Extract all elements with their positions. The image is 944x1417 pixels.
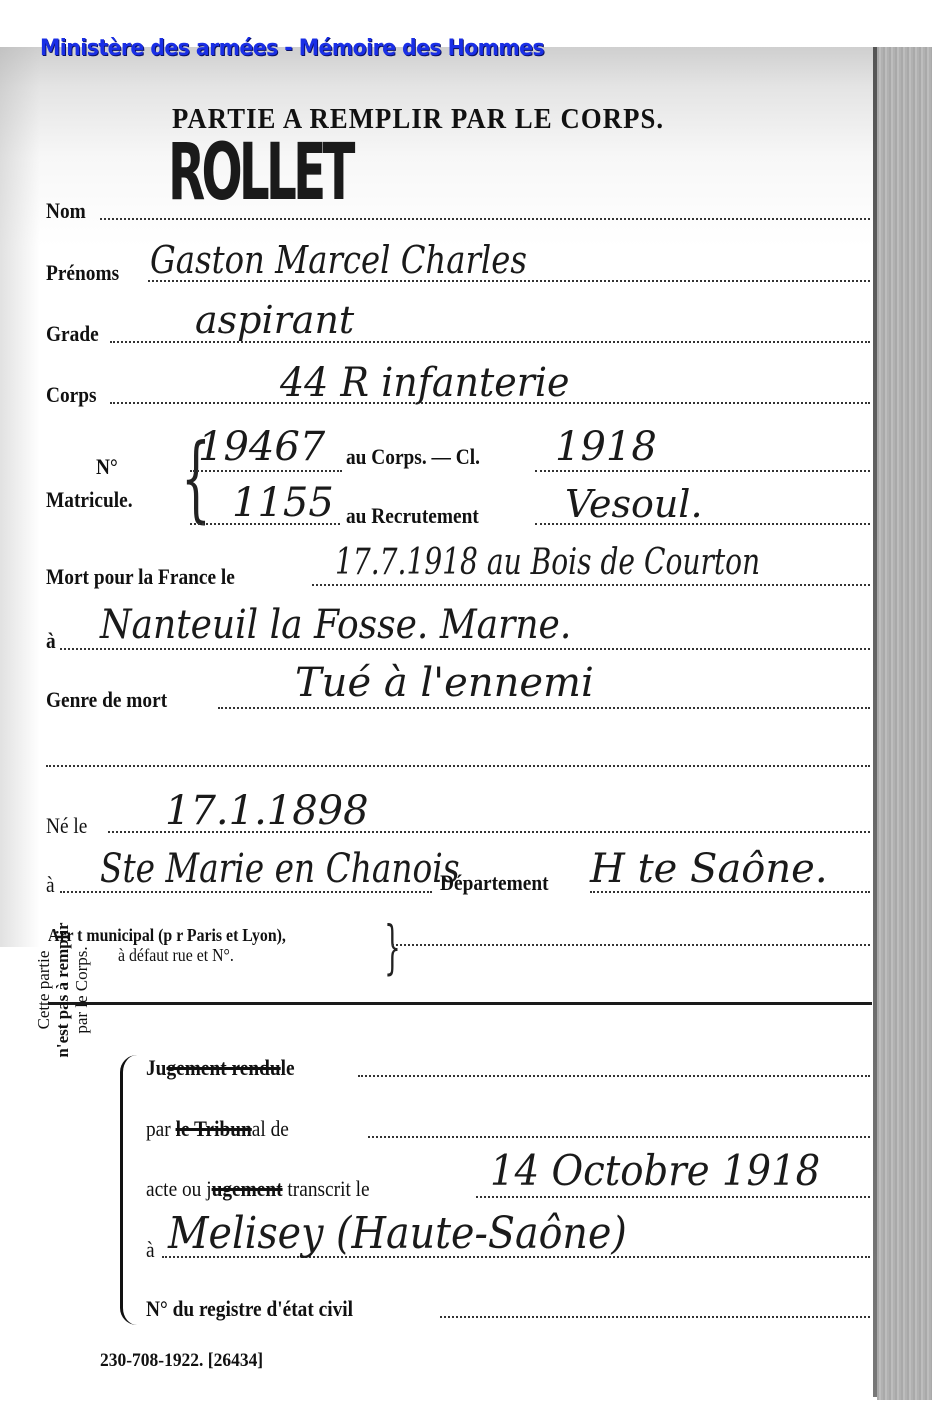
side-note-line-3: par le Corps. <box>72 880 91 1100</box>
matricule-corps-number: 19467 <box>198 424 325 470</box>
page-edge <box>877 47 932 1400</box>
matricule-corps-label: au Corps. — Cl. <box>346 444 480 470</box>
genre-de-mort-label: Genre de mort <box>46 687 167 713</box>
recrutement-value: Vesoul. <box>565 482 703 526</box>
civil-a-value: Melisey (Haute-Saône) <box>168 1208 627 1259</box>
ne-le-label: Né le <box>46 813 87 839</box>
transcrit-suffix: transcrit le <box>283 1176 370 1201</box>
corps-label: Corps <box>46 382 97 408</box>
tribunal-prefix: par <box>146 1116 176 1141</box>
jugement-prefix: Ju <box>146 1055 166 1080</box>
transcrit-struck: ugement <box>212 1176 283 1201</box>
matricule-corps-line <box>190 470 342 472</box>
nom-line <box>100 218 870 220</box>
mort-le-label: Mort pour la France le <box>46 564 235 590</box>
mort-le-line <box>312 584 870 586</box>
registre-label: N° du registre d'état civil <box>146 1296 353 1322</box>
transcrit-prefix: acte ou j <box>146 1176 212 1201</box>
registre-line <box>440 1316 870 1318</box>
blank-line <box>46 765 870 767</box>
side-note: Cette partie n'est pas à remplir par le … <box>34 880 124 1100</box>
mort-a-value: Nanteuil la Fosse. Marne. <box>100 602 571 648</box>
nom-value: ROLLET <box>168 128 352 218</box>
classe-value: 1918 <box>555 424 657 470</box>
archive-watermark: Ministère des armées - Mémoire des Homme… <box>40 36 544 61</box>
mort-le-value: 17.7.1918 au Bois de Courton <box>335 542 760 583</box>
mort-a-line <box>60 648 870 650</box>
tribunal-label: par le Tribunal de <box>146 1116 289 1142</box>
mort-a-label: à <box>46 628 56 654</box>
section-divider <box>48 1002 872 1005</box>
arrondissement-line <box>392 944 870 946</box>
nom-label: Nom <box>46 198 86 224</box>
jugement-line <box>358 1075 870 1077</box>
tribunal-struck: le Tribun <box>176 1116 252 1141</box>
departement-label: Département <box>440 870 549 896</box>
matricule-label: Matricule. <box>46 487 133 513</box>
departement-value: H te Saône. <box>590 846 828 892</box>
arrondissement-label-2: à défaut rue et N°. <box>118 945 234 966</box>
jugement-label: Jugement rendule <box>146 1055 295 1081</box>
prenoms-label: Prénoms <box>46 260 119 286</box>
civil-brace <box>120 1055 137 1325</box>
transcrit-label: acte ou jugement transcrit le <box>146 1176 370 1202</box>
jugement-suffix: le <box>281 1055 295 1080</box>
matricule-recrutement-label: au Recrutement <box>346 503 479 529</box>
genre-de-mort-line <box>218 707 870 709</box>
transcrit-line <box>476 1196 870 1198</box>
side-note-line-2: n'est pas à remplir <box>53 880 72 1100</box>
paper-shading <box>0 47 40 947</box>
tribunal-suffix: al de <box>252 1116 289 1141</box>
classe-line <box>535 470 870 472</box>
prenoms-value: Gaston Marcel Charles <box>150 238 527 282</box>
corps-value: 44 R infanterie <box>280 360 570 406</box>
arrondissement-brace: } <box>384 918 401 976</box>
side-note-line-1: Cette partie <box>34 880 53 1100</box>
ne-le-value: 17.1.1898 <box>165 788 369 834</box>
print-reference: 230-708-1922. [26434] <box>100 1350 263 1372</box>
matricule-recrutement-number: 1155 <box>232 480 334 526</box>
grade-value: aspirant <box>195 298 354 342</box>
grade-label: Grade <box>46 321 99 347</box>
transcrit-value: 14 Octobre 1918 <box>490 1146 820 1195</box>
tribunal-line <box>368 1136 870 1138</box>
matricule-label-no: N° <box>96 454 118 480</box>
ne-a-value: Ste Marie en Chanois <box>100 846 460 892</box>
jugement-struck: gement rendu <box>166 1055 280 1080</box>
genre-de-mort-value: Tué à l'ennemi <box>295 660 594 706</box>
civil-a-label: à <box>146 1237 155 1263</box>
